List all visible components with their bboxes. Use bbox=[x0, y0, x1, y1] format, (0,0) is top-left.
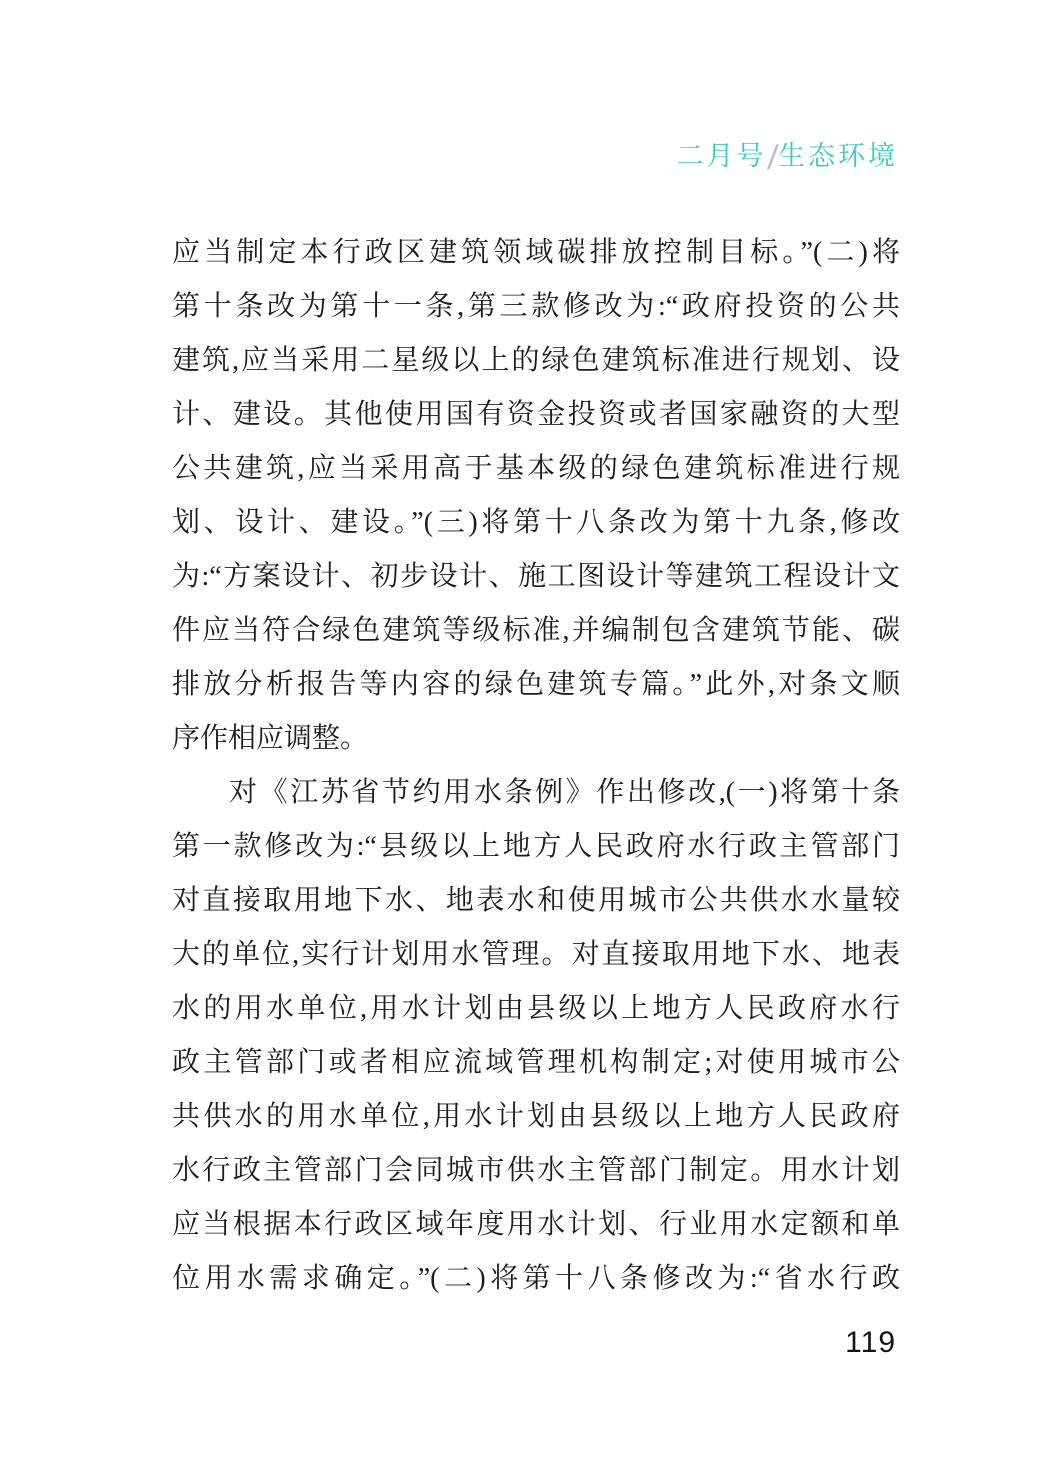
text-line: 应当制定本行政区建筑领域碳排放控制目标。”(二)将 bbox=[172, 226, 900, 280]
text-line: 第一款修改为:“县级以上地方人民政府水行政主管部门 bbox=[172, 820, 900, 874]
text-line: 水的用水单位,用水计划由县级以上地方人民政府水行 bbox=[172, 982, 900, 1036]
text-line: 件应当符合绿色建筑等级标准,并编制包含建筑节能、碳 bbox=[172, 604, 900, 658]
header-separator-slash: / bbox=[766, 145, 778, 172]
text-line: 计、建设。其他使用国有资金投资或者国家融资的大型 bbox=[172, 388, 900, 442]
page-number: 119 bbox=[845, 1326, 896, 1360]
text-line: 公共建筑,应当采用高于基本级的绿色建筑标准进行规 bbox=[172, 442, 900, 496]
text-line: 对《江苏省节约用水条例》作出修改,(一)将第十条 bbox=[172, 766, 900, 820]
section-label: 生态环境 bbox=[778, 141, 898, 171]
text-line: 建筑,应当采用二星级以上的绿色建筑标准进行规划、设 bbox=[172, 334, 900, 388]
text-line: 水行政主管部门会同城市供水主管部门制定。用水计划 bbox=[172, 1144, 900, 1198]
text-line: 共供水的用水单位,用水计划由县级以上地方人民政府 bbox=[172, 1090, 900, 1144]
text-line: 位用水需求确定。”(二)将第十八条修改为:“省水行政 bbox=[172, 1252, 900, 1306]
text-line: 为:“方案设计、初步设计、施工图设计等建筑工程设计文 bbox=[172, 550, 900, 604]
issue-label: 二月号 bbox=[677, 141, 767, 171]
text-line: 划、设计、建设。”(三)将第十八条改为第十九条,修改 bbox=[172, 496, 900, 550]
text-line: 排放分析报告等内容的绿色建筑专篇。”此外,对条文顺 bbox=[172, 658, 900, 712]
body-text: 应当制定本行政区建筑领域碳排放控制目标。”(二)将第十条改为第十一条,第三款修改… bbox=[172, 226, 900, 1306]
text-line: 序作相应调整。 bbox=[172, 712, 900, 766]
running-header: 二月号/生态环境 bbox=[677, 134, 898, 173]
magazine-page: 二月号/生态环境 应当制定本行政区建筑领域碳排放控制目标。”(二)将第十条改为第… bbox=[0, 0, 1056, 1465]
text-line: 大的单位,实行计划用水管理。对直接取用地下水、地表 bbox=[172, 928, 900, 982]
text-line: 第十条改为第十一条,第三款修改为:“政府投资的公共 bbox=[172, 280, 900, 334]
text-line: 对直接取用地下水、地表水和使用城市公共供水水量较 bbox=[172, 874, 900, 928]
text-line: 政主管部门或者相应流域管理机构制定;对使用城市公 bbox=[172, 1036, 900, 1090]
text-line: 应当根据本行政区域年度用水计划、行业用水定额和单 bbox=[172, 1198, 900, 1252]
